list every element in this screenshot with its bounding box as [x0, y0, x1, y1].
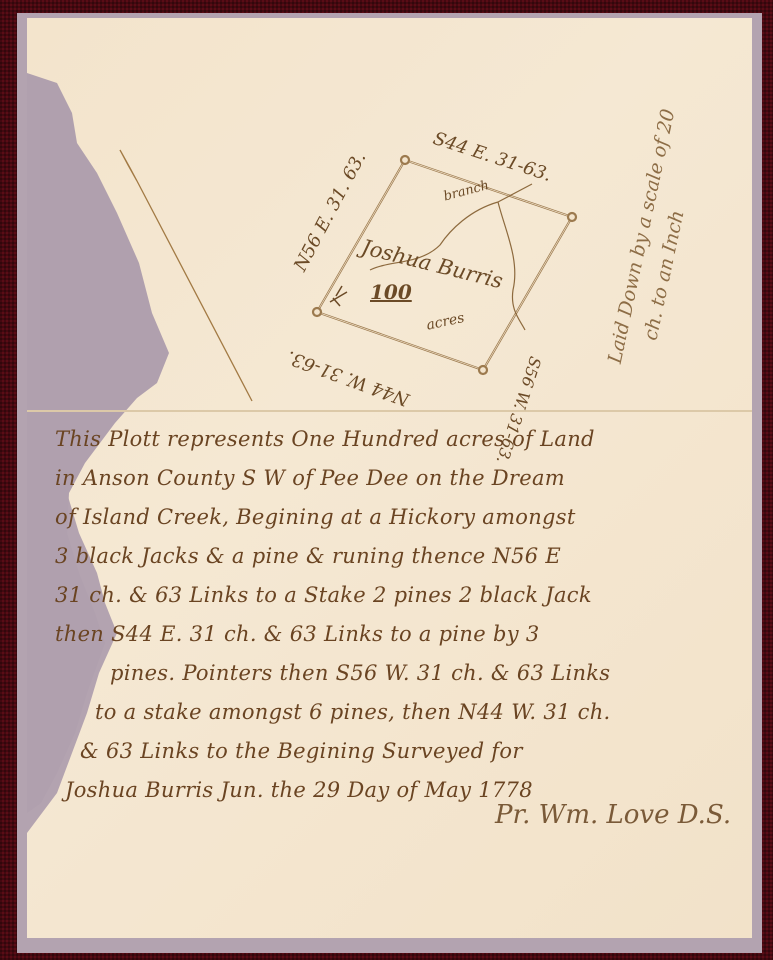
survey-description: This Plott represents One Hundred acres …: [55, 420, 745, 810]
description-line: This Plott represents One Hundred acres …: [55, 420, 745, 459]
description-line: to a stake amongst 6 pines, then N44 W. …: [55, 693, 745, 732]
description-line: of Island Creek, Begining at a Hickory a…: [55, 498, 745, 537]
description-line: pines. Pointers then S56 W. 31 ch. & 63 …: [55, 654, 745, 693]
plat-acreage: 100: [370, 280, 412, 304]
description-line: in Anson County S W of Pee Dee on the Dr…: [55, 459, 745, 498]
surveyor-signature: Pr. Wm. Love D.S.: [495, 800, 731, 830]
north-arrow-icon: [120, 150, 252, 401]
description-line: 31 ch. & 63 Links to a Stake 2 pines 2 b…: [55, 576, 745, 615]
hickory-corner-mark: [330, 286, 347, 306]
description-line: 3 black Jacks & a pine & runing thence N…: [55, 537, 745, 576]
description-line: & 63 Links to the Begining Surveyed for: [55, 732, 745, 771]
description-line: then S44 E. 31 ch. & 63 Links to a pine …: [55, 615, 745, 654]
